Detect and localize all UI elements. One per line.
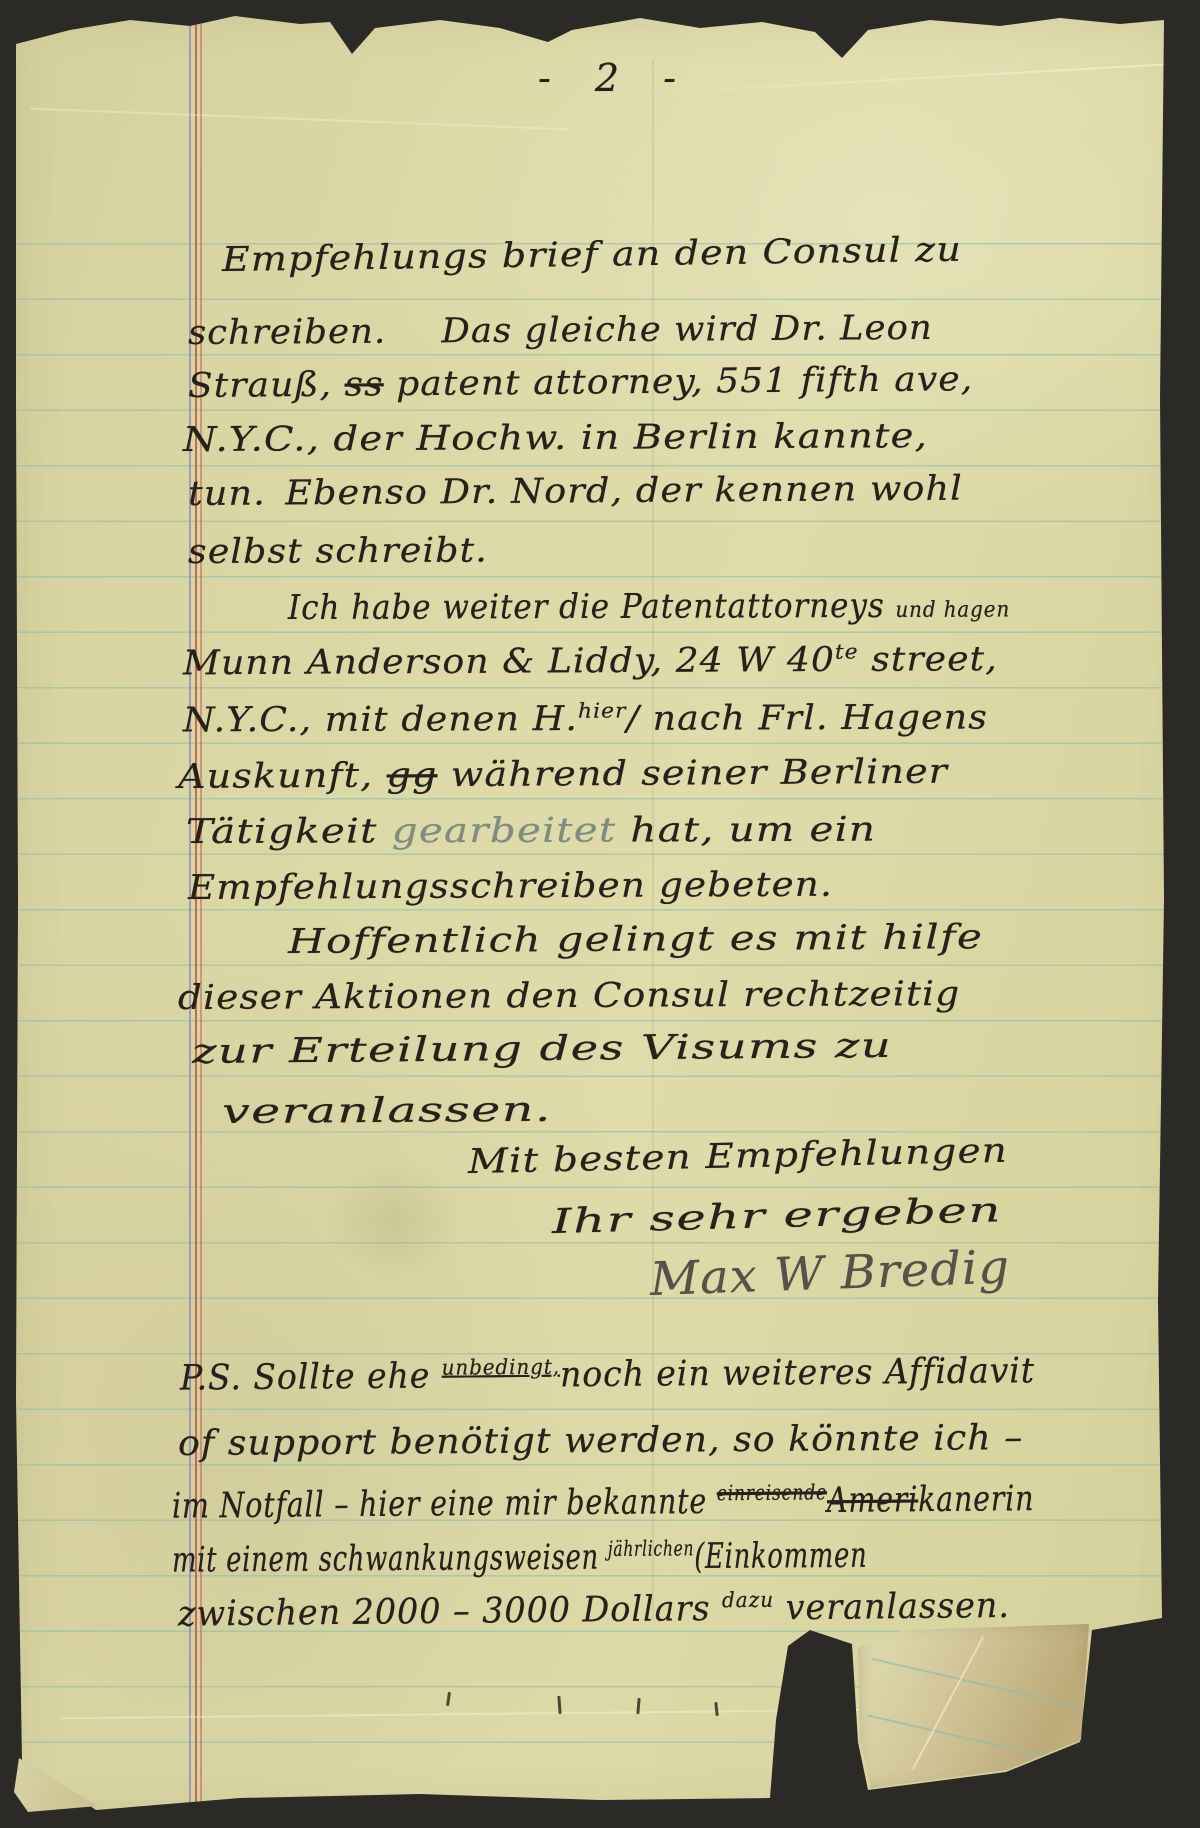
handwritten-segment: hat, um ein — [616, 810, 876, 851]
handwritten-segment: te — [835, 639, 859, 663]
handwritten-line: schreiben. Das gleiche wird Dr. Leon — [188, 308, 933, 353]
handwritten-segment: P.S. Sollte ehe — [180, 1356, 442, 1398]
handwritten-line: veranlassen. — [222, 1090, 552, 1132]
handwritten-line: im Notfall – hier eine mir bekannte einr… — [172, 1478, 1035, 1526]
handwritten-segment: einreisende — [717, 1480, 827, 1505]
handwritten-line: zwischen 2000 – 3000 Dollars dazu veranl… — [178, 1585, 1010, 1634]
handwritten-segment: gg — [386, 755, 437, 795]
photo-backdrop: - 2 - Empfehlungs brief an den Consul zu… — [0, 0, 1200, 1828]
handwritten-line: Hoffentlich gelingt es mit hilfe — [288, 917, 983, 962]
handwritten-segment: kanerin — [918, 1479, 1034, 1520]
handwritten-segment: mit einem schwankungsweisen — [172, 1538, 608, 1581]
handwritten-segment: N.Y.C., der Hochw. in Berlin kannte, — [183, 416, 928, 460]
flap-crease — [912, 1636, 984, 1769]
handwritten-line: Tätigkeit gearbeitet hat, um ein — [186, 810, 876, 852]
handwritten-line: dieser Aktionen den Consul rechtzeitig — [178, 974, 960, 1018]
handwritten-segment: Ich habe weiter die Patentattorneys — [288, 586, 896, 628]
handwritten-segment: ss — [344, 364, 383, 404]
handwritten-line: Munn Anderson & Liddy, 24 W 40te street, — [183, 639, 998, 684]
handwritten-segment: schreiben. Das gleiche wird Dr. Leon — [188, 308, 933, 353]
page-number: - 2 - — [538, 56, 692, 100]
handwritten-line: mit einem schwankungsweisen jährlichen(E… — [172, 1535, 868, 1581]
handwritten-segment: Tätigkeit — [186, 811, 392, 852]
handwritten-line: N.Y.C., mit denen H.hier/ nach Frl. Hage… — [183, 697, 988, 740]
handwritten-segment: (Einkommen — [694, 1536, 867, 1577]
handwritten-line: Ich habe weiter die Patentattorneys und … — [288, 585, 1010, 628]
handwritten-segment: veranlassen. — [774, 1586, 1010, 1628]
handwritten-segment: Auskunft, — [178, 756, 387, 797]
flap-rule-line — [872, 1658, 1082, 1708]
handwritten-segment: gearbeitet — [392, 810, 617, 851]
handwritten-line: Empfehlungsschreiben gebeten. — [188, 865, 833, 908]
handwritten-segment: veranlassen. — [222, 1090, 552, 1132]
handwritten-line: Strauß, ss patent attorney, 551 fifth av… — [188, 359, 974, 406]
handwritten-segment: selbst schreibt. — [188, 530, 488, 572]
handwritten-segment: / nach Frl. Hagens — [627, 698, 988, 739]
handwritten-segment: Empfehlungsschreiben gebeten. — [188, 865, 833, 908]
handwritten-segment: unbedingt, — [442, 1355, 560, 1380]
handwritten-line: zur Erteilung des Visums zu — [192, 1026, 893, 1072]
handwritten-segment: hier — [578, 698, 627, 722]
handwritten-line: tun. Ebenso Dr. Nord, der kennen wohl — [188, 469, 963, 514]
handwritten-segment: während seiner Berliner — [437, 752, 948, 796]
handwritten-line: N.Y.C., der Hochw. in Berlin kannte, — [183, 416, 928, 460]
folded-corner-flap — [855, 1620, 1095, 1792]
handwritten-segment: dazu — [722, 1588, 774, 1613]
flap-rule-line — [868, 1714, 1073, 1763]
handwritten-segment: zur Erteilung des Visums zu — [192, 1026, 893, 1072]
handwritten-segment: im Notfall – hier eine mir bekannte — [172, 1482, 717, 1527]
handwritten-segment: of support benötigt werden, so könnte ic… — [178, 1418, 1024, 1464]
handwritten-segment: Hoffentlich gelingt es mit hilfe — [288, 917, 983, 962]
handwritten-segment: zwischen 2000 – 3000 Dollars — [178, 1589, 722, 1635]
handwritten-segment: Ameri — [827, 1480, 918, 1521]
handwritten-line: Auskunft, gg während seiner Berliner — [178, 752, 948, 797]
handwritten-segment: tun. Ebenso Dr. Nord, der kennen wohl — [188, 469, 963, 514]
handwritten-segment: patent attorney, 551 fifth ave, — [384, 359, 974, 404]
handwritten-line: P.S. Sollte ehe unbedingt,noch ein weite… — [180, 1351, 1035, 1399]
handwritten-segment: und hagen — [895, 597, 1010, 622]
ink-bleed-smudge — [330, 1160, 460, 1280]
handwritten-segment: street, — [859, 639, 998, 680]
handwritten-segment: dieser Aktionen den Consul rechtzeitig — [178, 974, 960, 1018]
handwritten-segment: jährlichen — [608, 1536, 695, 1561]
handwritten-segment: noch ein weiteres Affidavit — [560, 1351, 1035, 1395]
crease-top-left — [30, 108, 570, 131]
handwritten-line: selbst schreibt. — [188, 530, 488, 572]
handwritten-segment: Munn Anderson & Liddy, 24 W 40 — [183, 640, 835, 683]
handwritten-segment: N.Y.C., mit denen H. — [183, 699, 578, 740]
handwritten-segment: Strauß, — [188, 365, 345, 406]
handwritten-line: of support benötigt werden, so könnte ic… — [178, 1418, 1024, 1464]
